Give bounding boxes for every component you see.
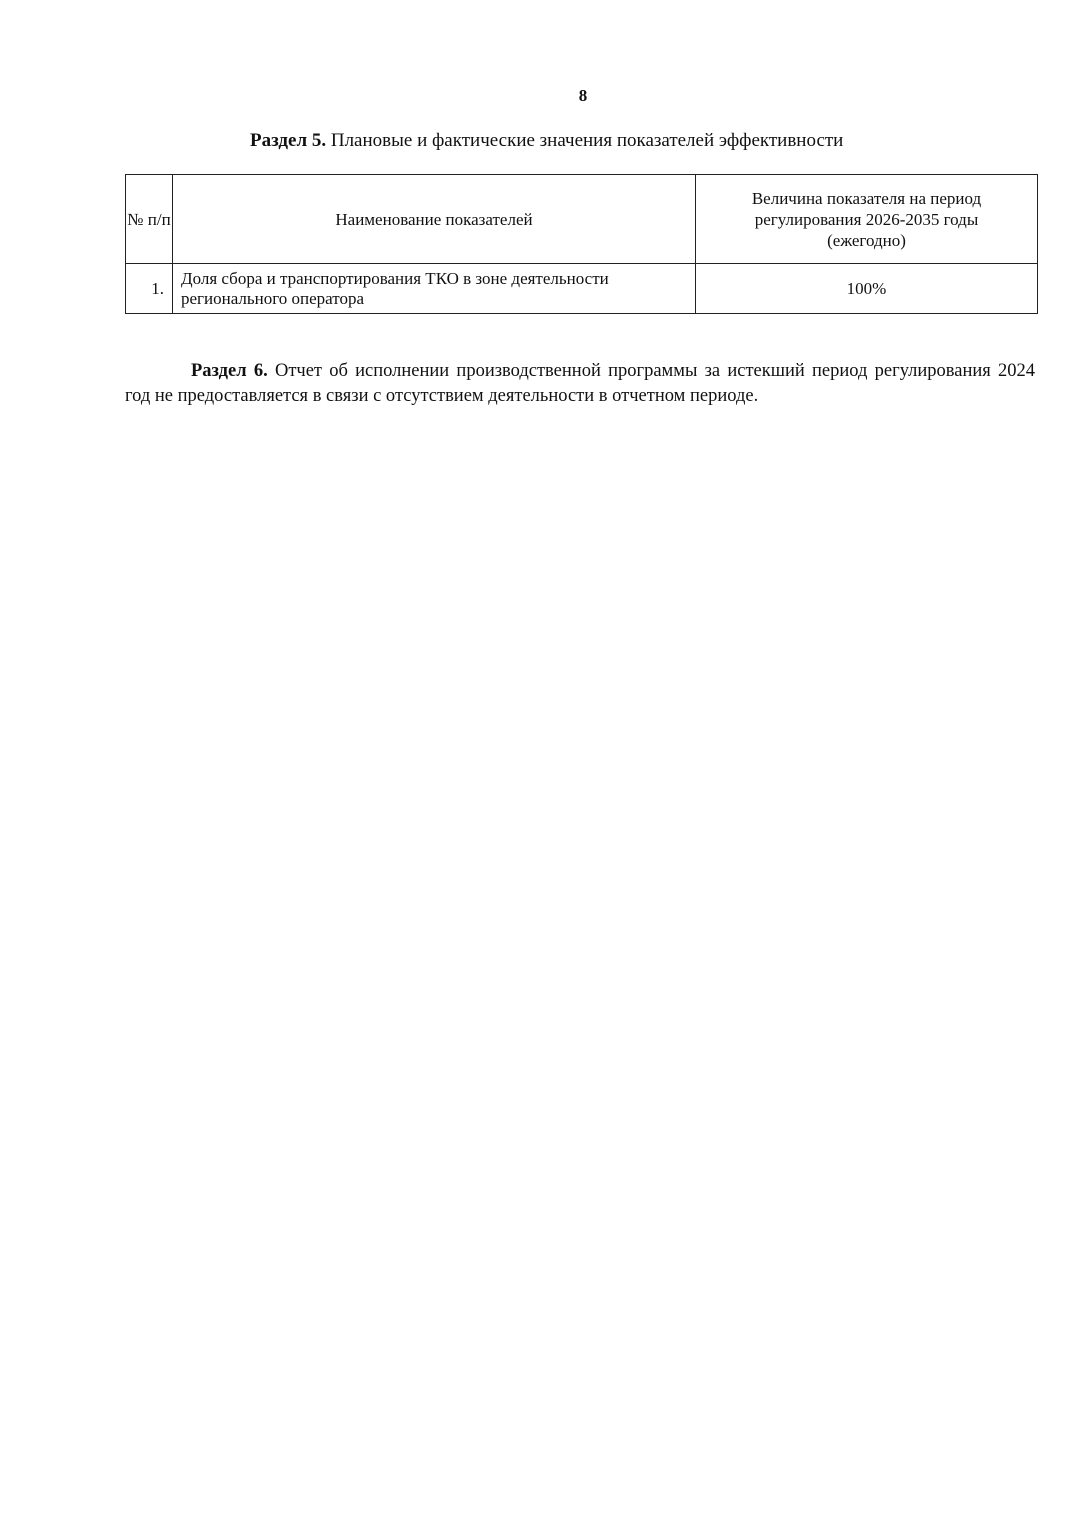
table-row: 1. Доля сбора и транспортирования ТКО в … bbox=[126, 264, 1038, 314]
row-indicator-value: 100% bbox=[696, 264, 1038, 314]
section5-title: Плановые и фактические значения показате… bbox=[331, 130, 844, 151]
row-number: 1. bbox=[126, 264, 173, 314]
section6-paragraph: Раздел 6. Отчет об исполнении производст… bbox=[125, 359, 1035, 409]
section5-heading: Раздел 5. Плановые и фактические значени… bbox=[250, 130, 930, 152]
table-header-row: № п/п Наименование показателей Величина … bbox=[126, 175, 1038, 264]
header-indicator-value: Величина показателя на период регулирова… bbox=[696, 175, 1038, 264]
indicators-table: № п/п Наименование показателей Величина … bbox=[125, 174, 1038, 314]
header-indicator-name: Наименование показателей bbox=[173, 175, 696, 264]
header-number: № п/п bbox=[126, 175, 173, 264]
section6-label: Раздел 6. bbox=[191, 361, 268, 381]
page-number: 8 bbox=[0, 86, 1080, 106]
section5-label: Раздел 5. bbox=[250, 130, 326, 151]
row-indicator-name: Доля сбора и транспортирования ТКО в зон… bbox=[173, 264, 696, 314]
